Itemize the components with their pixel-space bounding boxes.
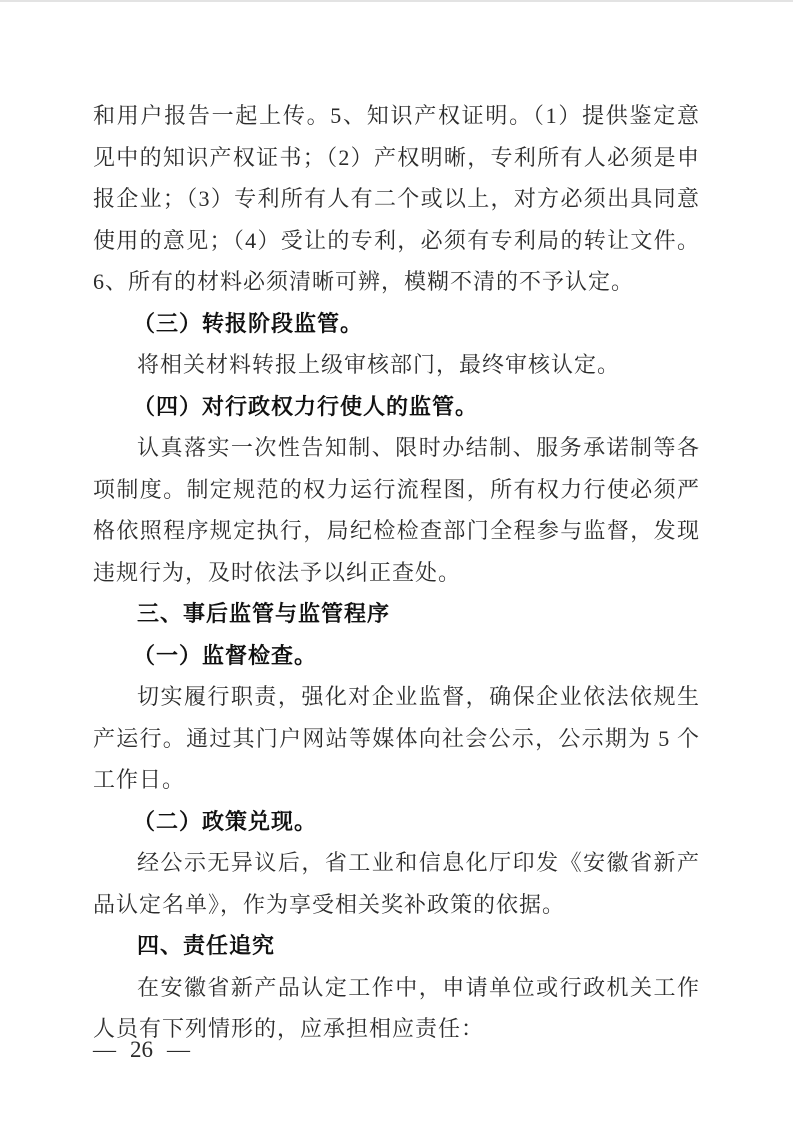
document-page: 和用户报告一起上传。5、知识产权证明。（1）提供鉴定意见中的知识产权证书；（2）… [0, 0, 793, 1122]
paragraph-public-notice: 切实履行职责，强化对企业监督，确保企业依法依规生产运行。通过其门户网站等媒体向社… [93, 676, 700, 801]
paragraph-transfer-review: 将相关材料转报上级审核部门，最终审核认定。 [93, 344, 700, 386]
heading-policy-fulfillment: （二）政策兑现。 [93, 801, 700, 843]
page-footer: — 26 — [93, 1037, 190, 1063]
heading-supervision-of-power-users: （四）对行政权力行使人的监管。 [93, 386, 700, 428]
heading-section-3-post-supervision: 三、事后监管与监管程序 [93, 593, 700, 635]
heading-transfer-stage-supervision: （三）转报阶段监管。 [93, 303, 700, 345]
heading-section-4-accountability: 四、责任追究 [93, 925, 700, 967]
paragraph-power-operation-rules: 认真落实一次性告知制、限时办结制、服务承诺制等各项制度。制定规范的权力运行流程图… [93, 427, 700, 593]
footer-dash-left: — [93, 1037, 116, 1063]
page-content: 和用户报告一起上传。5、知识产权证明。（1）提供鉴定意见中的知识产权证书；（2）… [93, 95, 700, 1050]
footer-dash-right: — [167, 1037, 190, 1063]
scan-edge-line [0, 0, 793, 2]
heading-supervision-inspection: （一）监督检查。 [93, 635, 700, 677]
paragraph-policy-basis: 经公示无异议后，省工业和信息化厅印发《安徽省新产品认定名单》，作为享受相关奖补政… [93, 842, 700, 925]
page-number: 26 [130, 1037, 153, 1063]
paragraph-ip-certificate-requirements: 和用户报告一起上传。5、知识产权证明。（1）提供鉴定意见中的知识产权证书；（2）… [93, 95, 700, 303]
